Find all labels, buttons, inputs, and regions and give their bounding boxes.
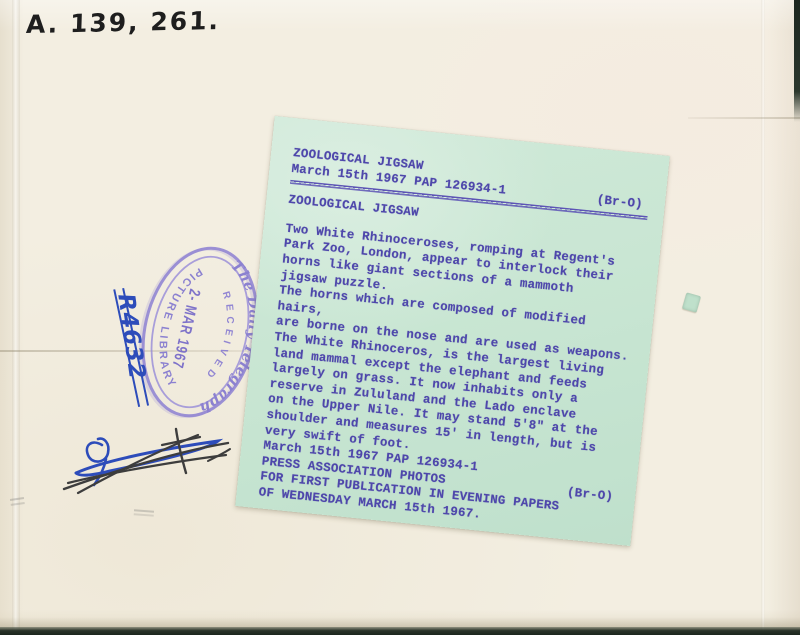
photo-dark-edge-top-right <box>794 0 800 122</box>
archive-number-handwritten: A. 139, 261. <box>26 6 221 39</box>
signature-scrawl <box>58 415 238 503</box>
caption-slip-typed-content: ZOOLOGICAL JIGSAW March 15th 1967 PAP 12… <box>235 116 670 546</box>
pencil-mark <box>10 497 24 501</box>
photo-dark-edge-bottom <box>0 627 800 635</box>
caption-slip: ZOOLOGICAL JIGSAW March 15th 1967 PAP 12… <box>235 116 670 546</box>
photo-bottom-shade <box>0 617 800 627</box>
slip-torn-tab <box>682 292 701 312</box>
pencil-mark <box>134 509 154 512</box>
photo-back-scan: A. 139, 261. The Daily Telegraph RECEIVE… <box>0 0 800 635</box>
crease-line-vertical-right <box>761 0 765 635</box>
crease-line-horizontal-right <box>688 117 800 119</box>
caption-body: Two White Rhinoceroses, romping at Regen… <box>264 221 643 474</box>
crease-line-vertical-left <box>12 0 20 635</box>
slip-header-code: (Br-O) <box>596 193 644 213</box>
